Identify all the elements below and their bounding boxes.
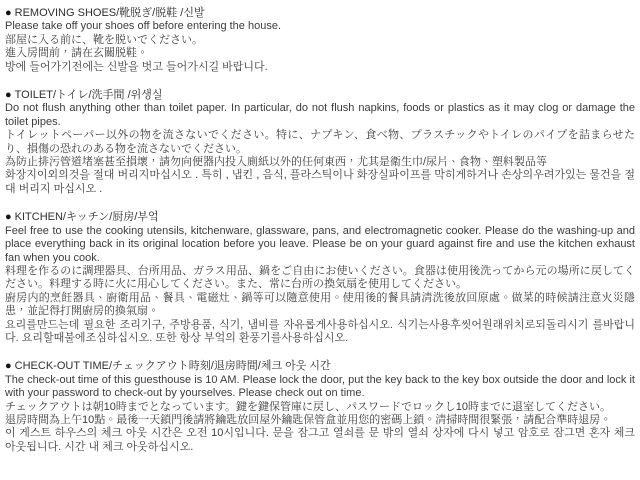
bullet-icon: ●: [5, 7, 12, 19]
section-title: TOILET/トイレ/洗手間 /위생실: [15, 89, 163, 101]
paragraph-korean: 이 게스트 하우스의 체크 아웃 시간은 오전 10시입니다. 문을 잠그고 열…: [5, 427, 635, 454]
section-heading: ●TOILET/トイレ/洗手間 /위생실: [5, 89, 635, 102]
paragraph-japanese: 部屋に入る前に、靴を脱いでください。: [5, 34, 635, 47]
section-heading: ●REMOVING SHOES/靴脱ぎ/脱鞋 /신발: [5, 7, 635, 20]
bullet-icon: ●: [5, 89, 12, 101]
section-toilet: ●TOILET/トイレ/洗手間 /위생실 Do not flush anythi…: [5, 89, 635, 196]
section-kitchen: ●KITCHEN/キッチン/厨房/부엌 Feel free to use the…: [5, 211, 635, 345]
paragraph-chinese: 進入房間前，請在玄關脱鞋。: [5, 47, 635, 60]
paragraph-japanese: トイレットペーパー以外の物を流さないでください。特に、ナプキン、食べ物、プラスチ…: [5, 129, 635, 156]
paragraph-japanese: 料理を作るのに調理器具、台所用品、ガラス用品、鍋をご自由にお使いください。食器は…: [5, 265, 635, 292]
section-check-out-time: ●CHECK-OUT TIME/チェックアウト時刻/退房時間/체크 아웃 시간 …: [5, 360, 635, 454]
section-removing-shoes: ●REMOVING SHOES/靴脱ぎ/脱鞋 /신발 Please take o…: [5, 7, 635, 74]
paragraph-chinese: 為防止排污管道堵塞甚至損壞，請勿向便器内投入廁紙以外的任何東西，尤其是衛生巾/尿…: [5, 156, 635, 169]
paragraph-english: Do not flush anything other than toilet …: [5, 102, 635, 129]
paragraph-english: Feel free to use the cooking utensils, k…: [5, 225, 635, 265]
paragraph-japanese: チェックアウトは朝10時までとなっています。鍵を鍵保管庫に戻し、パスワードでロッ…: [5, 401, 635, 414]
paragraph-korean: 요리를만드는데 필요한 조리기구, 주방용품, 식기, 냄비를 자유롭게사용하십…: [5, 319, 635, 346]
section-heading: ●CHECK-OUT TIME/チェックアウト時刻/退房時間/체크 아웃 시간: [5, 360, 635, 373]
section-title: KITCHEN/キッチン/厨房/부엌: [15, 211, 159, 223]
section-title: REMOVING SHOES/靴脱ぎ/脱鞋 /신발: [15, 7, 205, 19]
paragraph-korean: 화장지이외의것을 절대 버리지마십시오 . 특히 , 냅킨 , 음식, 플라스틱…: [5, 169, 635, 196]
house-rules-document: ●REMOVING SHOES/靴脱ぎ/脱鞋 /신발 Please take o…: [0, 0, 640, 480]
paragraph-chinese: 廚房内的烹飪器具、廚衛用品、餐具、電磁灶、鍋等可以隨意使用。使用後的餐具請清洗後…: [5, 292, 635, 319]
paragraph-korean: 방에 들어가기전에는 신발을 벗고 들어가시길 바랍니다.: [5, 61, 635, 74]
bullet-icon: ●: [5, 360, 12, 372]
section-title: CHECK-OUT TIME/チェックアウト時刻/退房時間/체크 아웃 시간: [15, 360, 331, 372]
paragraph-english: The check-out time of this guesthouse is…: [5, 374, 635, 401]
bullet-icon: ●: [5, 211, 12, 223]
section-heading: ●KITCHEN/キッチン/厨房/부엌: [5, 211, 635, 224]
paragraph-chinese: 退房時間為上午10點。最後一天鎖門後請將鑰匙放回屋外鑰匙保管盒並用您的密碼上鎖。…: [5, 414, 635, 427]
paragraph-english: Please take off your shoes off before en…: [5, 20, 635, 33]
